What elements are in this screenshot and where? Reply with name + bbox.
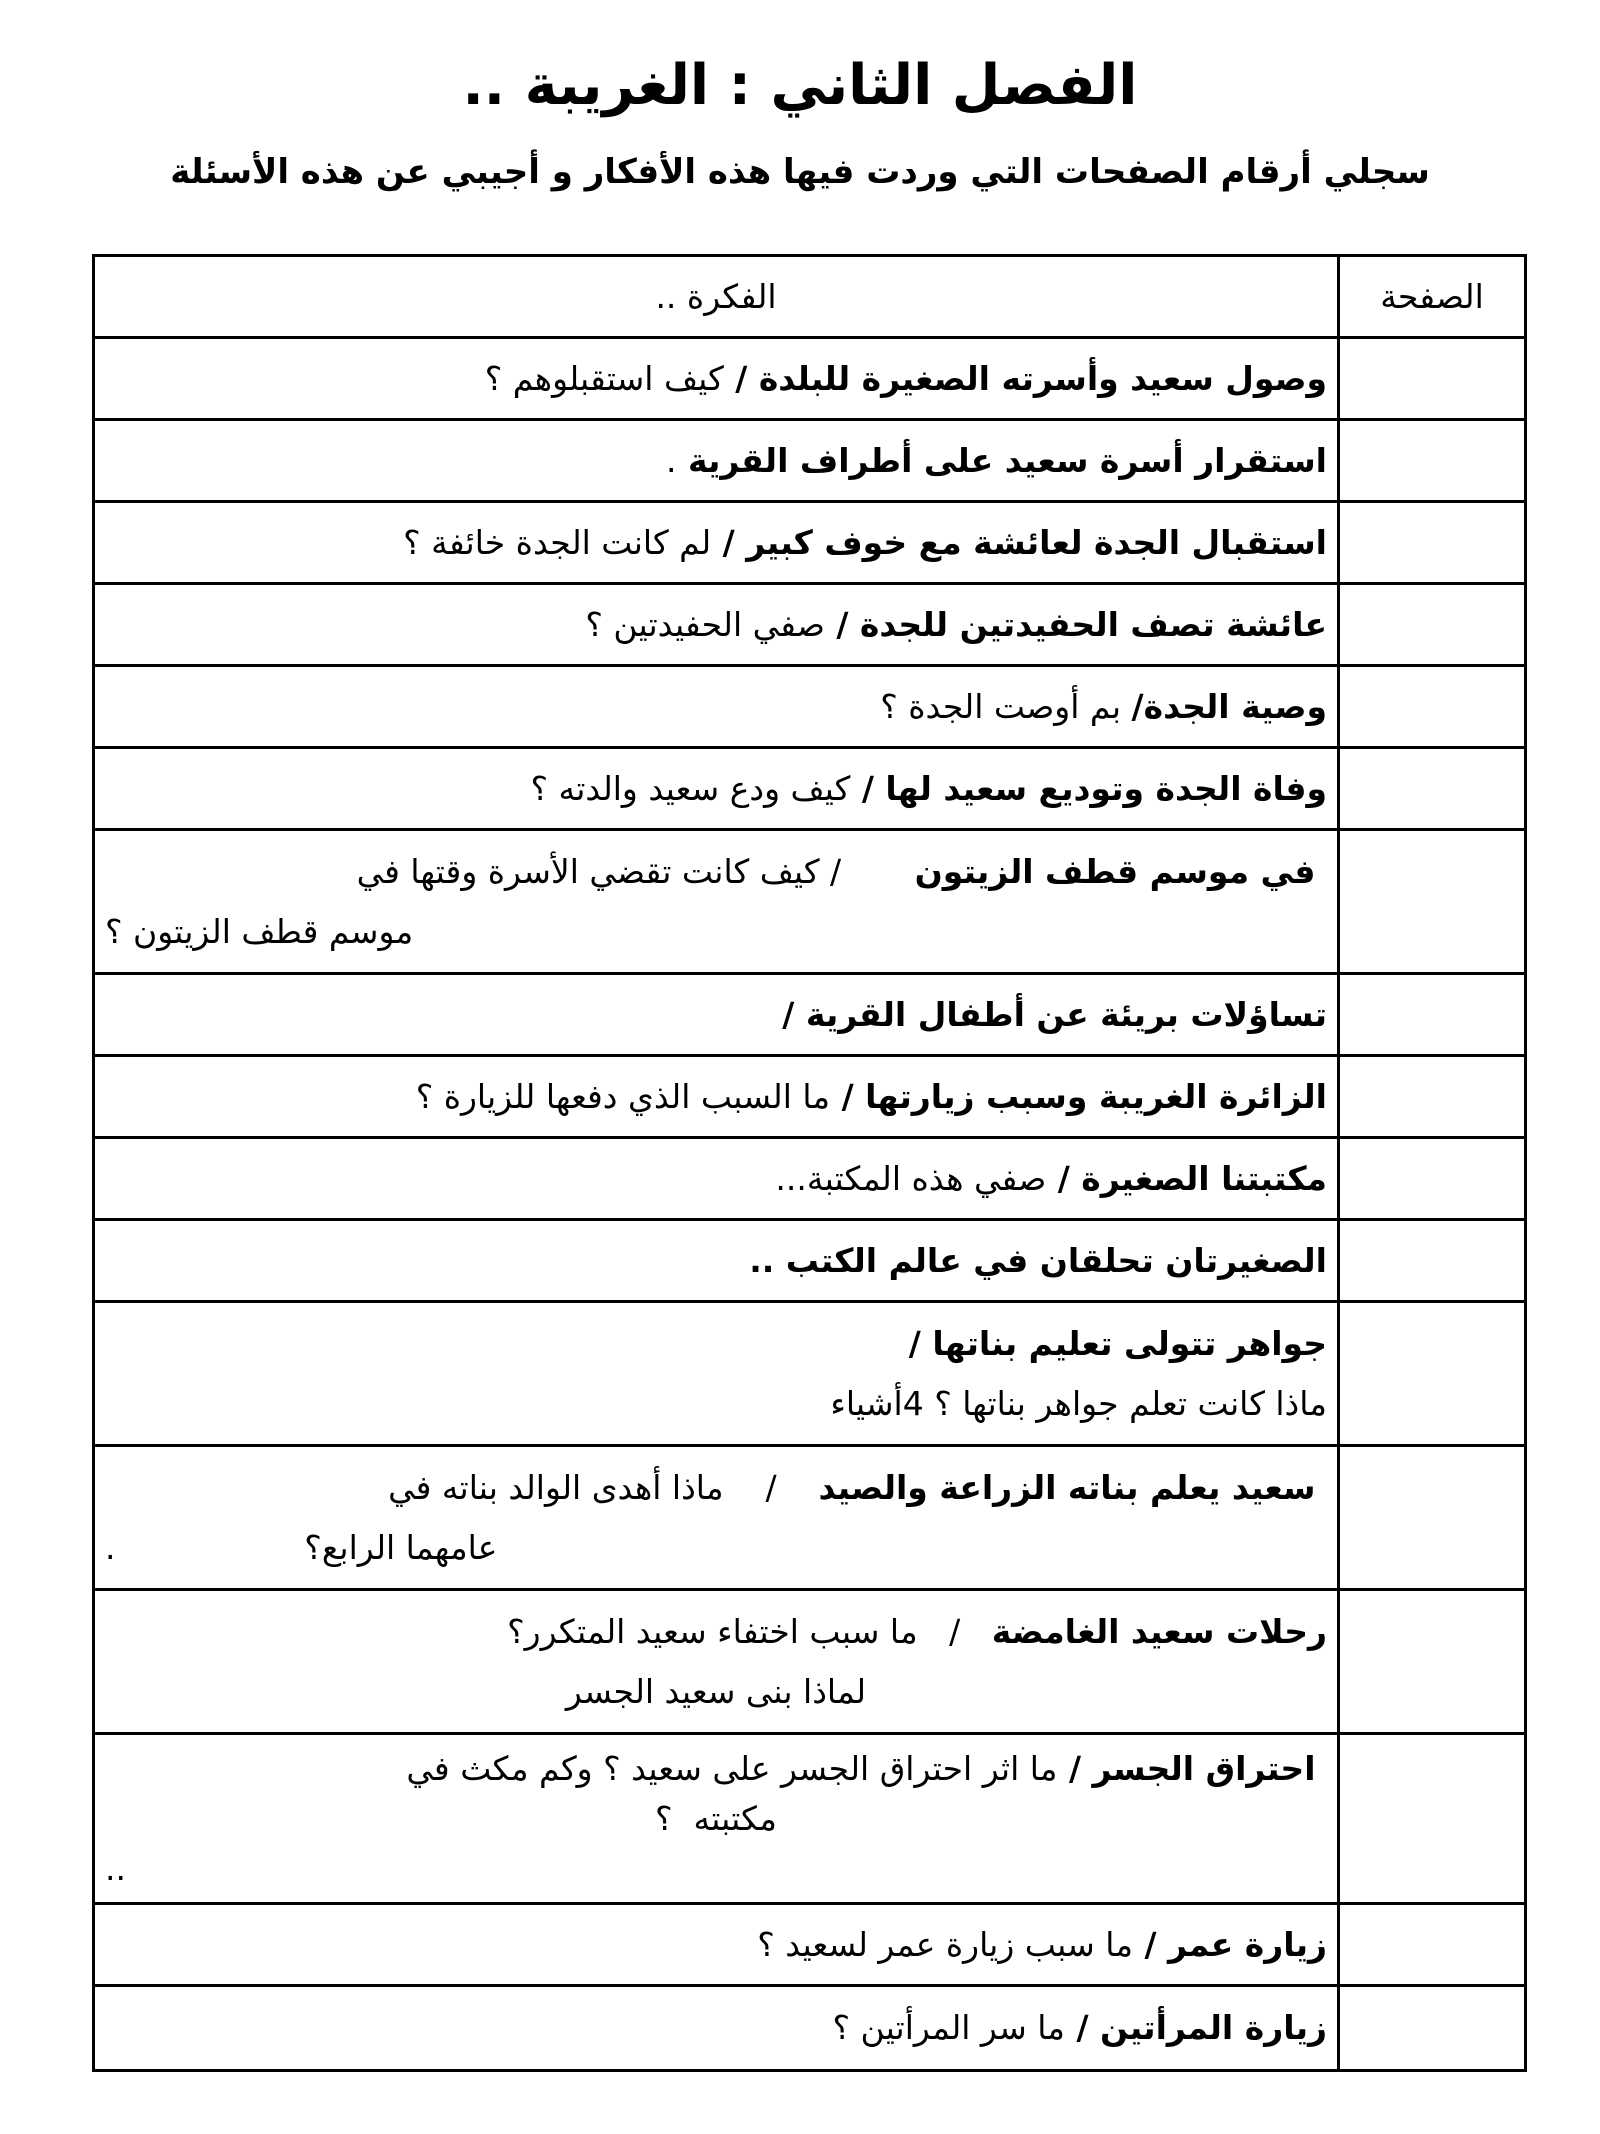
table-row: جواهر تتولى تعليم بناتها /ماذا كانت تعلم…: [95, 1303, 1524, 1447]
page-number-cell[interactable]: [1337, 667, 1524, 746]
idea-line: استقرار أسرة سعيد على أطراف القرية .: [105, 431, 1327, 491]
idea-line: في موسم قطف الزيتون / كيف كانت تقضي الأس…: [105, 842, 1327, 902]
idea-line: وفاة الجدة وتوديع سعيد لها / كيف ودع سعي…: [105, 759, 1327, 819]
page-number-cell[interactable]: [1337, 503, 1524, 582]
idea-line: عائشة تصف الحفيدتين للجدة / صفي الحفيدتي…: [105, 595, 1327, 655]
idea-cell: احتراق الجسر / ما اثر احتراق الجسر على س…: [95, 1735, 1337, 1902]
idea-cell: وصول سعيد وأسرته الصغيرة للبلدة / كيف اس…: [95, 339, 1337, 418]
idea-cell: مكتبتنا الصغيرة / صفي هذه المكتبة...: [95, 1139, 1337, 1218]
table-row: احتراق الجسر / ما اثر احتراق الجسر على س…: [95, 1735, 1524, 1905]
page-number-cell[interactable]: [1337, 1987, 1524, 2069]
page-number-cell[interactable]: [1337, 1139, 1524, 1218]
table-row: وصول سعيد وأسرته الصغيرة للبلدة / كيف اس…: [95, 339, 1524, 421]
idea-line: وصية الجدة/ بم أوصت الجدة ؟: [105, 677, 1327, 737]
idea-line: احتراق الجسر / ما اثر احتراق الجسر على س…: [105, 1744, 1327, 1794]
table-row: زيارة المرأتين / ما سر المرأتين ؟: [95, 1987, 1524, 2069]
page-number-cell[interactable]: [1337, 975, 1524, 1054]
page-number-cell[interactable]: [1337, 749, 1524, 828]
idea-cell: استقبال الجدة لعائشة مع خوف كبير / لم كا…: [95, 503, 1337, 582]
idea-line: لماذا بنى سعيد الجسر: [105, 1662, 1327, 1722]
idea-line: مكتبتنا الصغيرة / صفي هذه المكتبة...: [105, 1149, 1327, 1209]
table-row: وصية الجدة/ بم أوصت الجدة ؟: [95, 667, 1524, 749]
idea-line: مكتبته ؟: [105, 1794, 1327, 1844]
idea-line: ماذا كانت تعلم جواهر بناتها ؟ 4أشياء: [105, 1374, 1327, 1434]
idea-cell: الصغيرتان تحلقان في عالم الكتب ..: [95, 1221, 1337, 1300]
table-row: في موسم قطف الزيتون / كيف كانت تقضي الأس…: [95, 831, 1524, 975]
table-row: الصغيرتان تحلقان في عالم الكتب ..: [95, 1221, 1524, 1303]
worksheet-page: الفصل الثاني : الغريبة .. سجلي أرقام الص…: [0, 0, 1600, 2072]
idea-cell: رحلات سعيد الغامضة / ما سبب اختفاء سعيد …: [95, 1591, 1337, 1732]
page-number-cell[interactable]: [1337, 1447, 1524, 1588]
idea-column-header-cell: الفكرة ..: [95, 257, 1337, 336]
page-subtitle: سجلي أرقام الصفحات التي وردت فيها هذه ال…: [0, 146, 1600, 198]
table-row: الزائرة الغريبة وسبب زيارتها / ما السبب …: [95, 1057, 1524, 1139]
idea-line: زيارة عمر / ما سبب زيارة عمر لسعيد ؟: [105, 1915, 1327, 1975]
page-title: الفصل الثاني : الغريبة ..: [0, 0, 1600, 132]
page-column-header: الصفحة: [1337, 257, 1524, 336]
page-number-cell[interactable]: [1337, 1735, 1524, 1902]
table-row: عائشة تصف الحفيدتين للجدة / صفي الحفيدتي…: [95, 585, 1524, 667]
idea-line: وصول سعيد وأسرته الصغيرة للبلدة / كيف اس…: [105, 349, 1327, 409]
idea-line: ..: [105, 1844, 1327, 1894]
page-number-cell[interactable]: [1337, 585, 1524, 664]
table-body: وصول سعيد وأسرته الصغيرة للبلدة / كيف اس…: [95, 339, 1524, 2069]
page-number-cell[interactable]: [1337, 1221, 1524, 1300]
page-number-cell[interactable]: [1337, 1905, 1524, 1984]
table-row: وفاة الجدة وتوديع سعيد لها / كيف ودع سعي…: [95, 749, 1524, 831]
table-row: استقرار أسرة سعيد على أطراف القرية .: [95, 421, 1524, 503]
page-number-cell[interactable]: [1337, 339, 1524, 418]
ideas-table: الفكرة .. الصفحة وصول سعيد وأسرته الصغير…: [92, 254, 1527, 2072]
idea-cell: عائشة تصف الحفيدتين للجدة / صفي الحفيدتي…: [95, 585, 1337, 664]
page-number-cell[interactable]: [1337, 421, 1524, 500]
idea-cell: وصية الجدة/ بم أوصت الجدة ؟: [95, 667, 1337, 746]
idea-cell: جواهر تتولى تعليم بناتها /ماذا كانت تعلم…: [95, 1303, 1337, 1444]
page-number-cell[interactable]: [1337, 1591, 1524, 1732]
table-row: رحلات سعيد الغامضة / ما سبب اختفاء سعيد …: [95, 1591, 1524, 1735]
idea-line: عامهما الرابع؟ .: [105, 1518, 1327, 1578]
idea-cell: استقرار أسرة سعيد على أطراف القرية .: [95, 421, 1337, 500]
table-row: استقبال الجدة لعائشة مع خوف كبير / لم كا…: [95, 503, 1524, 585]
idea-line: زيارة المرأتين / ما سر المرأتين ؟: [105, 1998, 1327, 2058]
page-number-cell[interactable]: [1337, 1303, 1524, 1444]
idea-cell: الزائرة الغريبة وسبب زيارتها / ما السبب …: [95, 1057, 1337, 1136]
idea-line: رحلات سعيد الغامضة / ما سبب اختفاء سعيد …: [105, 1602, 1327, 1662]
idea-line: موسم قطف الزيتون ؟: [105, 902, 1327, 962]
idea-line: استقبال الجدة لعائشة مع خوف كبير / لم كا…: [105, 513, 1327, 573]
idea-line: جواهر تتولى تعليم بناتها /: [105, 1314, 1327, 1374]
idea-cell: زيارة المرأتين / ما سر المرأتين ؟: [95, 1987, 1337, 2069]
idea-line: تساؤلات بريئة عن أطفال القرية /: [105, 985, 1327, 1045]
page-number-cell[interactable]: [1337, 1057, 1524, 1136]
table-row: سعيد يعلم بناته الزراعة والصيد / ماذا أه…: [95, 1447, 1524, 1591]
idea-line: سعيد يعلم بناته الزراعة والصيد / ماذا أه…: [105, 1458, 1327, 1518]
table-header-row: الفكرة .. الصفحة: [95, 257, 1524, 339]
idea-column-header: الفكرة ..: [105, 267, 1327, 327]
idea-cell: زيارة عمر / ما سبب زيارة عمر لسعيد ؟: [95, 1905, 1337, 1984]
idea-cell: سعيد يعلم بناته الزراعة والصيد / ماذا أه…: [95, 1447, 1337, 1588]
table-row: تساؤلات بريئة عن أطفال القرية /: [95, 975, 1524, 1057]
idea-line: الصغيرتان تحلقان في عالم الكتب ..: [105, 1231, 1327, 1291]
idea-cell: وفاة الجدة وتوديع سعيد لها / كيف ودع سعي…: [95, 749, 1337, 828]
table-row: مكتبتنا الصغيرة / صفي هذه المكتبة...: [95, 1139, 1524, 1221]
idea-line: الزائرة الغريبة وسبب زيارتها / ما السبب …: [105, 1067, 1327, 1127]
table-row: زيارة عمر / ما سبب زيارة عمر لسعيد ؟: [95, 1905, 1524, 1987]
idea-cell: في موسم قطف الزيتون / كيف كانت تقضي الأس…: [95, 831, 1337, 972]
idea-cell: تساؤلات بريئة عن أطفال القرية /: [95, 975, 1337, 1054]
page-number-cell[interactable]: [1337, 831, 1524, 972]
